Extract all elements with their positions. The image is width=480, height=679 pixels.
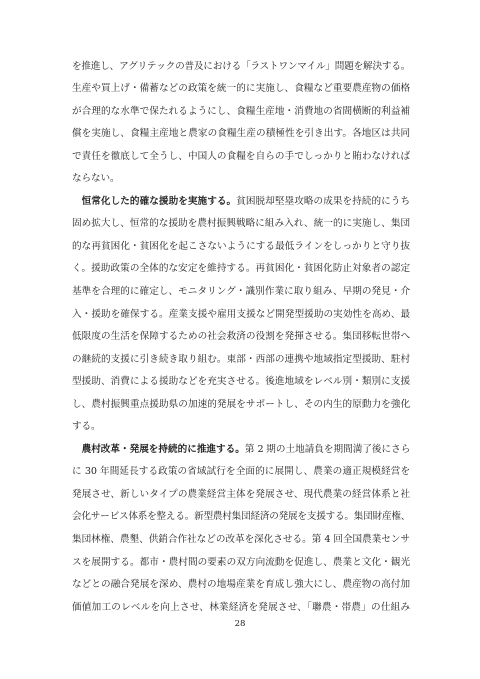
text-segment: を推進し、アグリテックの普及における「ラストワンマイル」問題を解決する。 [72, 61, 410, 72]
text-line: 発展させ、新しいタイプの農業経営主体を発展させ、現代農業の経営体系と社 [72, 484, 410, 507]
text-line: 集団林権、農墾、供銷合作社などの改革を深化させる。第 4 回全国農業センサ [72, 529, 410, 552]
text-segment: 入・援助を確保する。産業支援や雇用支援など開発型援助の実効性を高め、最 [72, 309, 410, 320]
text-segment: 発展させ、新しいタイプの農業経営主体を発展させ、現代農業の経営体系と社 [72, 489, 410, 500]
text-line: ならない。 [72, 168, 410, 191]
text-line: 恒常化した的確な援助を実施する。貧困脱却堅塁攻略の成果を持続的にうち [72, 191, 410, 214]
text-line: く。援助政策の全体的な安定を維持する。再貧困化・貧困化防止対象者の認定 [72, 258, 410, 281]
text-segment: する。 [72, 421, 100, 432]
text-line: 基準を合理的に確定し、モニタリング・識別作業に取り組み、早期の発見・介 [72, 281, 410, 304]
text-segment: の継続的支援に引き続き取り組む。東部・西部の連携や地域指定型援助、駐村 [72, 354, 410, 365]
text-segment: が合理的な水準で保たれるようにし、食糧生産地・消費地の省間横断的利益補 [72, 106, 410, 117]
text-line: 生産や買上げ・備蓄などの政策を統一的に実施し、食糧など重要農産物の価格 [72, 78, 410, 101]
text-segment: で責任を徹底して全うし、中国人の食糧を自らの手でしっかりと賄わなければ [72, 151, 410, 162]
text-segment: く。援助政策の全体的な安定を維持する。再貧困化・貧困化防止対象者の認定 [72, 263, 410, 274]
text-line: が合理的な水準で保たれるようにし、食糧生産地・消費地の省間横断的利益補 [72, 101, 410, 124]
text-segment: 貧困脱却堅塁攻略の成果を持続的にうち [236, 196, 410, 207]
text-segment: し、農村振興重点援助県の加速的発展をサポートし、その内生的原動力を強化 [72, 399, 410, 410]
bold-lead-text: 恒常化した的確な援助を実施する。 [82, 196, 237, 207]
text-segment: 的な再貧困化・貧困化を起こさないようにする最低ラインをしっかりと守り抜 [72, 241, 410, 252]
text-line: 的な再貧困化・貧困化を起こさないようにする最低ラインをしっかりと守り抜 [72, 236, 410, 259]
text-line: 農村改革・発展を持続的に推進する。第 2 期の土地請負を期間満了後にさら [72, 439, 410, 462]
text-line: などとの融合発展を深め、農村の地場産業を育成し強大にし、農産物の高付加 [72, 574, 410, 597]
text-segment: に 30 年間延長する政策の省域試行を全面的に展開し、農業の適正規模経営を [72, 466, 410, 477]
text-segment: スを展開する。都市・農村間の要素の双方向流動を促進し、農業と文化・観光 [72, 557, 410, 568]
text-line: スを展開する。都市・農村間の要素の双方向流動を促進し、農業と文化・観光 [72, 552, 410, 575]
text-line: し、農村振興重点援助県の加速的発展をサポートし、その内生的原動力を強化 [72, 394, 410, 417]
text-segment: 固め拡大し、恒常的な援助を農村振興戦略に組み入れ、統一的に実施し、集団 [72, 218, 410, 229]
text-segment: 基準を合理的に確定し、モニタリング・識別作業に取り組み、早期の発見・介 [72, 286, 410, 297]
document-page: を推進し、アグリテックの普及における「ラストワンマイル」問題を解決する。生産や買… [0, 0, 480, 679]
text-line: 固め拡大し、恒常的な援助を農村振興戦略に組み入れ、統一的に実施し、集団 [72, 213, 410, 236]
text-segment: などとの融合発展を深め、農村の地場産業を育成し強大にし、農産物の高付加 [72, 579, 410, 590]
text-segment: 生産や買上げ・備蓄などの政策を統一的に実施し、食糧など重要農産物の価格 [72, 83, 410, 94]
text-line: 型援助、消費による援助などを充実させる。後進地域をレベル別・類別に支援 [72, 371, 410, 394]
text-line: に 30 年間延長する政策の省域試行を全面的に展開し、農業の適正規模経営を [72, 461, 410, 484]
text-segment: 集団林権、農墾、供銷合作社などの改革を深化させる。第 4 回全国農業センサ [72, 534, 410, 545]
text-line: 入・援助を確保する。産業支援や雇用支援など開発型援助の実効性を高め、最 [72, 304, 410, 327]
text-segment: 第 2 期の土地請負を期間満了後にさら [245, 444, 410, 455]
text-line: 会化サービス体系を整える。新型農村集団経済の発展を支援する。集団財産権、 [72, 506, 410, 529]
text-segment: 償を実施し、食糧主産地と農家の食糧生産の積極性を引き出す。各地区は共同 [72, 128, 410, 139]
text-line: する。 [72, 416, 410, 439]
text-segment: 価値加工のレベルを向上させ、林業経済を発展させ、「聯農・帯農」の仕組み [72, 602, 410, 613]
text-line: の継続的支援に引き続き取り組む。東部・西部の連携や地域指定型援助、駐村 [72, 349, 410, 372]
text-segment: 会化サービス体系を整える。新型農村集団経済の発展を支援する。集団財産権、 [72, 511, 410, 522]
body-text: を推進し、アグリテックの普及における「ラストワンマイル」問題を解決する。生産や買… [72, 56, 410, 620]
text-segment: ならない。 [72, 173, 119, 184]
text-line: 償を実施し、食糧主産地と農家の食糧生産の積極性を引き出す。各地区は共同 [72, 123, 410, 146]
text-segment: 低限度の生活を保障するための社会救済の役割を発揮させる。集団移転世帯へ [72, 331, 410, 342]
text-line: で責任を徹底して全うし、中国人の食糧を自らの手でしっかりと賄わなければ [72, 146, 410, 169]
text-line: 低限度の生活を保障するための社会救済の役割を発揮させる。集団移転世帯へ [72, 326, 410, 349]
text-line: を推進し、アグリテックの普及における「ラストワンマイル」問題を解決する。 [72, 56, 410, 79]
text-segment: 型援助、消費による援助などを充実させる。後進地域をレベル別・類別に支援 [72, 376, 410, 387]
text-line: 価値加工のレベルを向上させ、林業経済を発展させ、「聯農・帯農」の仕組み [72, 597, 410, 620]
page-number: 28 [0, 619, 480, 630]
bold-lead-text: 農村改革・発展を持続的に推進する。 [82, 444, 245, 455]
